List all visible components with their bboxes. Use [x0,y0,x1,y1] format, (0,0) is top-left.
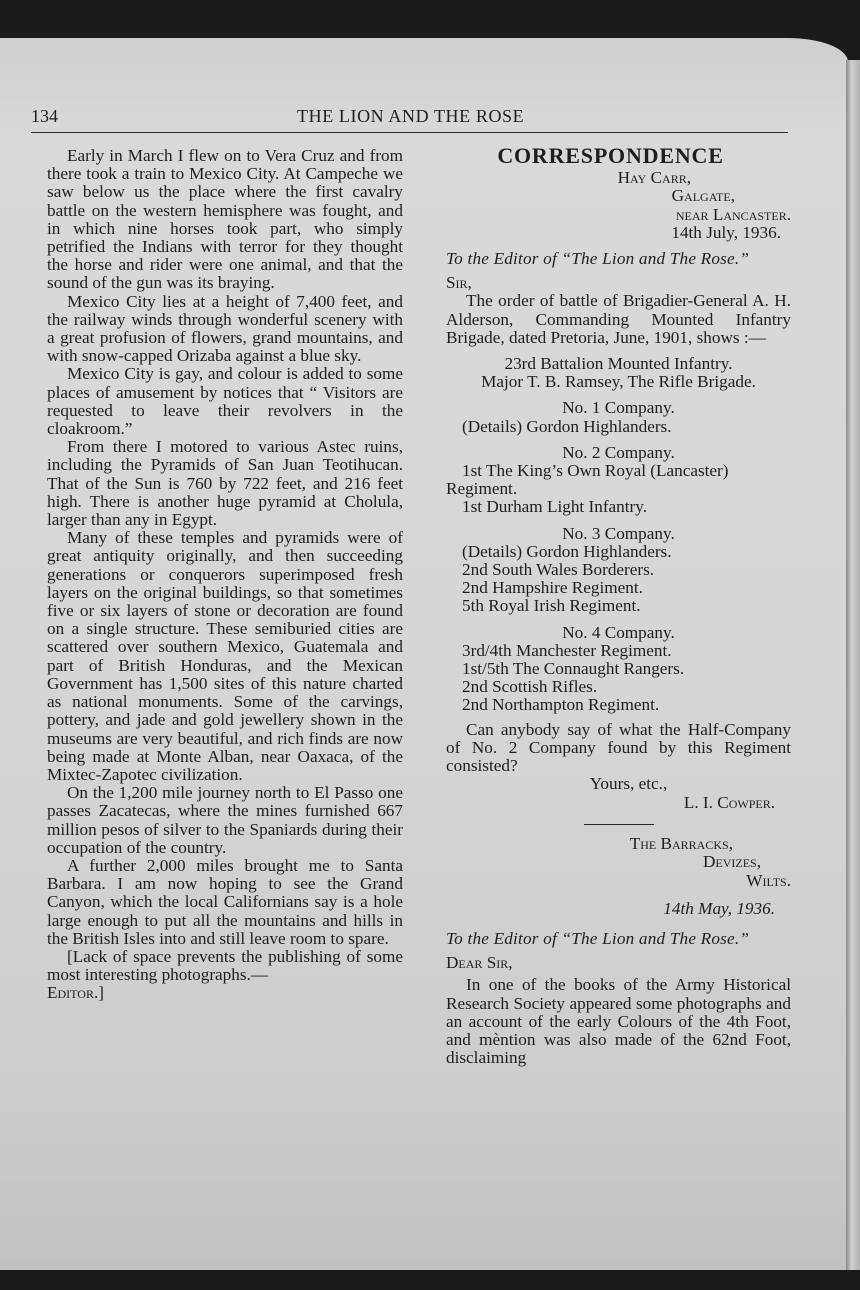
running-header: 134 THE LION AND THE ROSE [31,106,788,133]
paragraph: Mexico City is gay, and colour is added … [47,365,403,438]
unit-item: 2nd South Wales Borderers. [446,561,791,579]
letter-2: The Barracks, Devizes, Wilts. 14th May, … [446,835,791,1067]
book-spine [846,60,860,1270]
salutation: Sir, [446,274,791,292]
address-line: Devizes, [446,853,791,871]
letter-intro: The order of battle of Brigadier-General… [446,292,791,347]
editor-signoff: Editor.] [47,984,403,1002]
battalion-name: 23rd Battalion Mounted Infantry. [446,355,791,373]
company-heading: No. 3 Company. [446,525,791,543]
letter-1: Hay Carr, Galgate, near Lancaster. 14th … [446,169,791,812]
unit-item: 2nd Northampton Regiment. [446,696,791,714]
company-heading: No. 4 Company. [446,624,791,642]
letter-closing: Yours, etc., [446,775,791,793]
addressee: To the Editor of “The Lion and The Rose.… [446,930,791,948]
letter-signature: L. I. Cowper. [446,794,791,812]
editor-note: [Lack of space prevents the publishing o… [47,948,403,984]
address-line: The Barracks, [446,835,791,853]
company-heading: No. 2 Company. [446,444,791,462]
unit-item: 1st/5th The Connaught Rangers. [446,660,791,678]
correspondence-column: CORRESPONDENCE Hay Carr, Galgate, near L… [446,147,791,1067]
letter-body: In one of the books of the Army Historic… [446,976,791,1067]
paragraph: On the 1,200 mile journey north to El Pa… [47,784,403,857]
unit-item: 2nd Scottish Rifles. [446,678,791,696]
unit-item: 1st Durham Light Infantry. [446,498,791,516]
letter-question: Can anybody say of what the Half-Company… [446,721,791,776]
addressee: To the Editor of “The Lion and The Rose.… [446,250,791,268]
paragraph: A further 2,000 miles brought me to Sant… [47,857,403,948]
paragraph: Mexico City lies at a height of 7,400 fe… [47,293,403,366]
letter-date: 14th May, 1936. [446,900,791,918]
address-line: Hay Carr, [446,169,791,187]
unit-item: 5th Royal Irish Regiment. [446,597,791,615]
unit-item: (Details) Gordon Highlanders. [446,418,791,436]
salutation: Dear Sir, [446,954,791,972]
unit-item: 3rd/4th Manchester Regiment. [446,642,791,660]
paragraph: Early in March I flew on to Vera Cruz an… [47,147,403,293]
address-line: near Lancaster. [446,206,791,224]
unit-item: (Details) Gordon Highlanders. [446,543,791,561]
address-line: Galgate, [446,187,791,205]
address-line: Wilts. [446,872,791,890]
company-heading: No. 1 Company. [446,399,791,417]
journal-title: THE LION AND THE ROSE [297,106,524,127]
paragraph: Many of these temples and pyramids were … [47,529,403,784]
section-heading: CORRESPONDENCE [446,147,791,165]
article-column: Early in March I flew on to Vera Cruz an… [47,147,403,1003]
paragraph: From there I motored to various Astec ru… [47,438,403,529]
page-number: 134 [31,106,58,127]
section-divider [584,824,654,826]
letter-date: 14th July, 1936. [446,224,791,242]
battalion-commander: Major T. B. Ramsey, The Rifle Brigade. [446,373,791,391]
unit-item: 2nd Hampshire Regiment. [446,579,791,597]
unit-item: 1st The King’s Own Royal (Lancaster) Reg… [446,462,791,498]
